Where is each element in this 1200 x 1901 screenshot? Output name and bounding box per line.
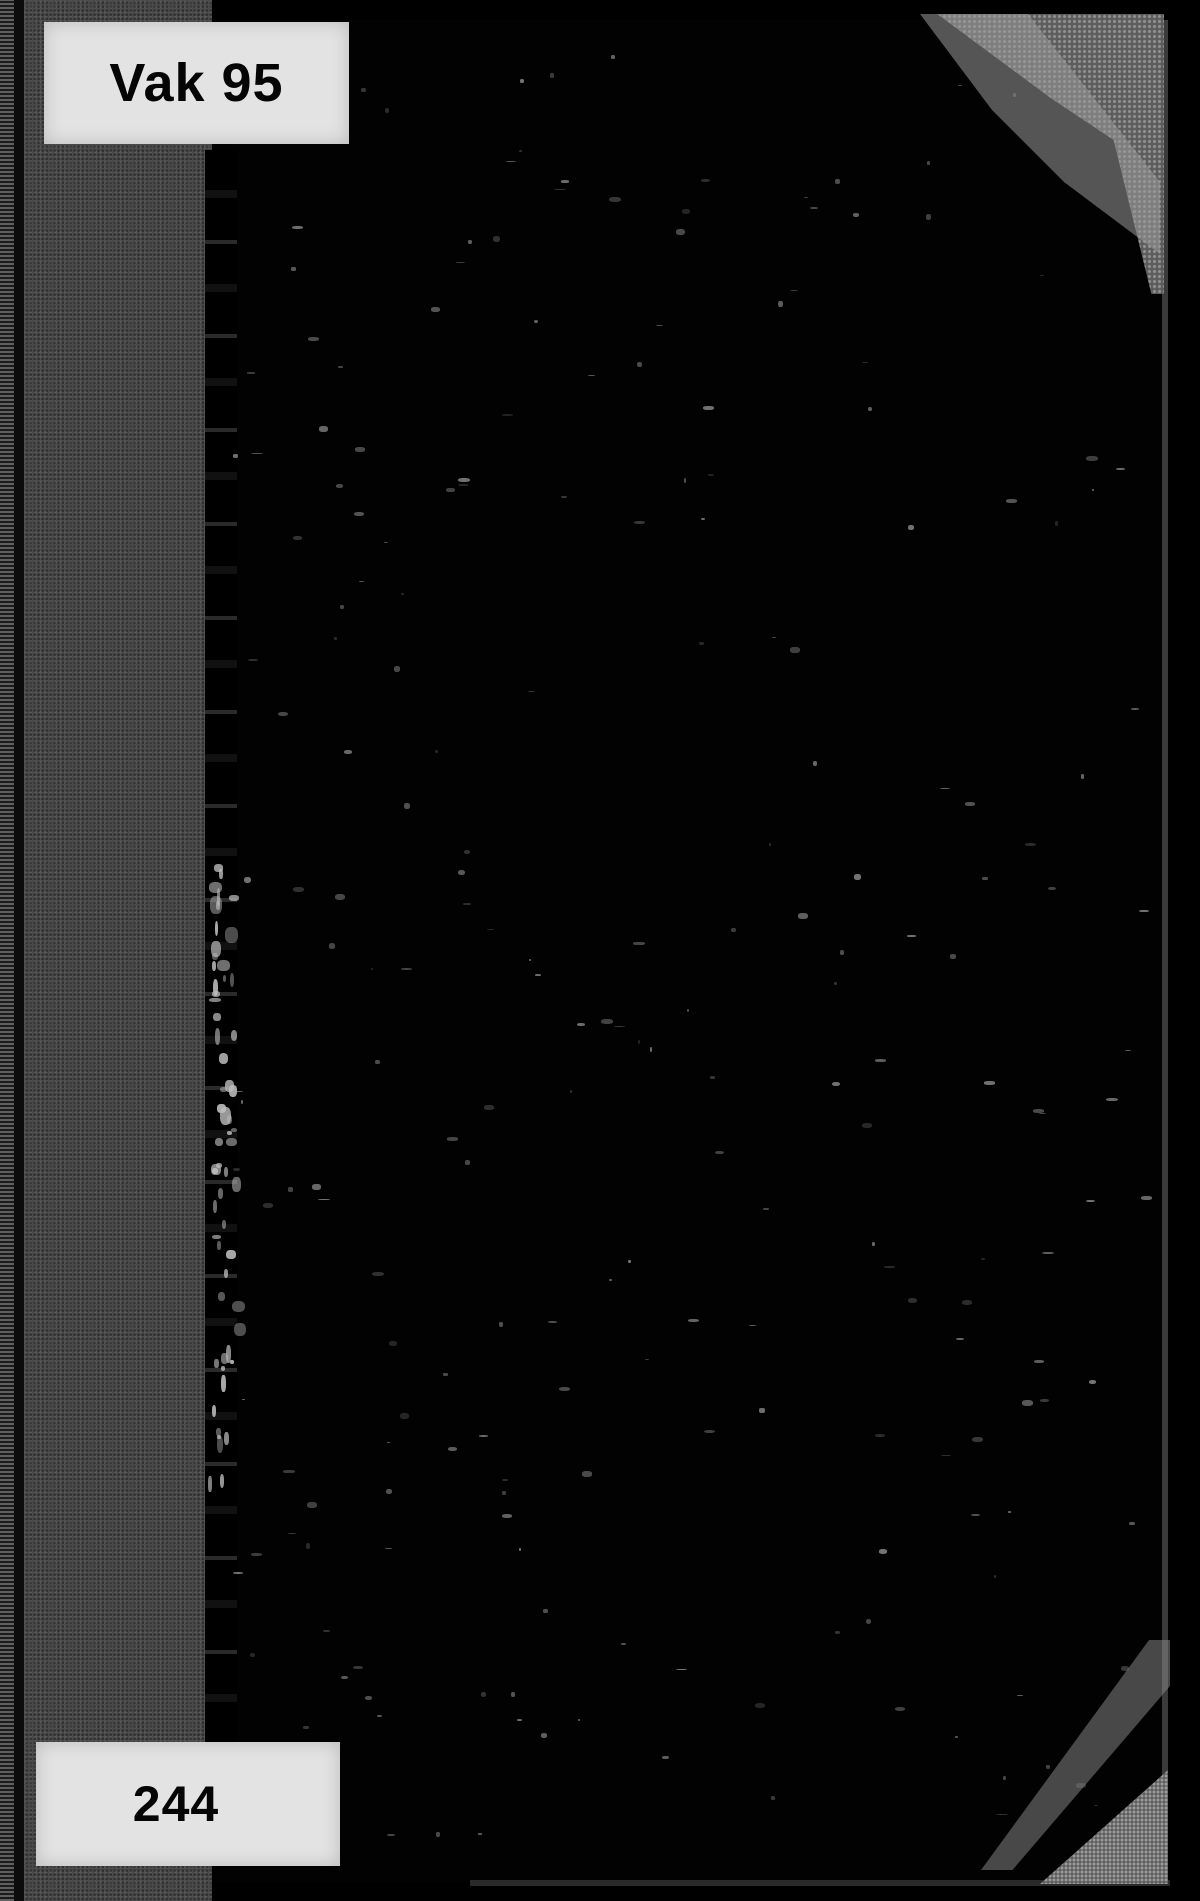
- shelf-label-top: Vak 95: [44, 22, 349, 144]
- marbling-speck: [778, 301, 783, 307]
- marbling-speck: [541, 1733, 548, 1738]
- marbling-speck: [355, 447, 365, 451]
- marbling-speck: [1081, 774, 1084, 779]
- spine-edge-wear: [226, 1250, 236, 1259]
- marbling-speck: [361, 88, 366, 92]
- marbling-speck: [582, 1471, 593, 1476]
- marbling-speck: [458, 478, 470, 482]
- marbling-speck: [699, 642, 704, 645]
- spine-edge-wear: [218, 1188, 224, 1199]
- spine-edge-wear: [217, 1435, 221, 1439]
- spine-edge-wear: [212, 961, 216, 971]
- marbling-speck: [354, 512, 364, 516]
- marbling-speck: [511, 1692, 515, 1697]
- marbling-speck: [879, 1549, 887, 1554]
- marbling-speck: [834, 982, 837, 985]
- marbling-speck: [308, 337, 319, 341]
- spine-edge-wear: [229, 895, 239, 901]
- marbling-speck: [749, 1325, 756, 1326]
- marbling-speck: [1055, 521, 1058, 526]
- marbling-speck: [688, 1319, 699, 1322]
- spine-edge-wear: [223, 975, 227, 982]
- marbling-speck: [601, 1019, 612, 1024]
- spine-edge-wear: [229, 1085, 237, 1097]
- marbling-speck: [703, 406, 714, 410]
- book-spine-cloth: [24, 0, 212, 1901]
- spine-edge-wear: [218, 1292, 225, 1301]
- marbling-speck: [984, 1081, 995, 1084]
- marbling-speck: [336, 484, 343, 488]
- marbling-speck: [312, 1184, 320, 1190]
- spine-edge-wear: [217, 1104, 226, 1113]
- marbling-speck: [400, 1413, 409, 1419]
- marbling-speck: [708, 474, 714, 475]
- marbling-speck: [884, 1266, 895, 1268]
- spine-edge-wear: [232, 1301, 245, 1313]
- spine-board-edge: [205, 150, 237, 1750]
- marbling-speck: [1121, 1666, 1129, 1671]
- marbling-speck: [554, 189, 565, 190]
- spine-edge-wear: [221, 1353, 228, 1363]
- marbling-speck: [1003, 1776, 1006, 1780]
- spine-edge-wear: [225, 927, 238, 943]
- marbling-speck: [283, 1470, 295, 1472]
- marbling-speck: [550, 73, 553, 78]
- marbling-speck: [971, 1514, 980, 1516]
- marbling-speck: [633, 942, 645, 945]
- marbling-speck: [1089, 1380, 1096, 1384]
- marbling-speck: [676, 229, 685, 235]
- marbling-speck: [982, 877, 988, 880]
- marbling-speck: [306, 1543, 309, 1549]
- marbling-speck: [404, 803, 410, 809]
- marbling-speck: [502, 414, 513, 416]
- marbling-speck: [519, 150, 522, 152]
- marbling-speck: [375, 1060, 379, 1064]
- marbling-speck: [1116, 468, 1124, 470]
- marbling-speck: [769, 843, 771, 846]
- marbling-speck: [771, 1796, 774, 1801]
- marbling-speck: [1006, 499, 1017, 503]
- marbling-speck: [1086, 456, 1098, 461]
- marbling-speck: [431, 307, 440, 312]
- marbling-speck: [1076, 1783, 1086, 1788]
- marbling-speck: [303, 1726, 309, 1729]
- marbling-speck: [293, 536, 302, 540]
- marbling-speck: [233, 1572, 244, 1574]
- marbling-speck: [233, 1168, 240, 1171]
- spine-edge-wear: [208, 1476, 211, 1491]
- marbling-speck: [365, 1696, 372, 1700]
- spine-edge-wear: [213, 1013, 220, 1021]
- marbling-speck: [502, 1479, 508, 1481]
- marbling-speck: [465, 1160, 470, 1165]
- marbling-speck: [701, 179, 711, 182]
- marbling-speck: [701, 518, 704, 520]
- spine-edge-wear: [224, 1269, 228, 1278]
- book-cover: Vak 95 244: [0, 0, 1200, 1901]
- marbling-speck: [965, 802, 976, 806]
- marbling-speck: [401, 593, 404, 594]
- marbling-speck: [835, 179, 840, 184]
- spine-edge-wear: [212, 1405, 216, 1417]
- marbling-speck: [548, 1321, 558, 1323]
- marbling-speck: [446, 488, 455, 492]
- marbling-speck: [288, 1187, 293, 1191]
- marbling-speck: [344, 750, 352, 754]
- marbling-speck: [464, 850, 470, 854]
- marbling-speck: [907, 935, 916, 937]
- spine-edge-wear: [217, 888, 221, 905]
- marbling-speck: [291, 267, 295, 270]
- marbling-speck: [244, 877, 251, 883]
- marbling-speck: [634, 521, 644, 524]
- marbling-speck: [1141, 1196, 1152, 1200]
- marbling-speck: [628, 1260, 631, 1263]
- marbling-speck: [981, 1258, 985, 1260]
- spine-edge-wear: [219, 1053, 229, 1064]
- marbling-speck: [875, 1434, 885, 1437]
- marbling-speck: [329, 943, 336, 948]
- marbling-speck: [638, 1040, 640, 1043]
- marbling-speck: [862, 1123, 872, 1128]
- spine-edge-wear: [215, 1028, 221, 1045]
- marbling-speck: [502, 1491, 506, 1495]
- marbling-speck: [319, 426, 328, 432]
- marbling-speck: [1033, 1109, 1045, 1112]
- marbling-speck: [759, 1408, 765, 1412]
- marbling-speck: [307, 1502, 317, 1508]
- marbling-speck: [1008, 1511, 1011, 1513]
- spine-edge-wear: [224, 1432, 229, 1445]
- marbling-speck: [334, 637, 337, 640]
- marbling-speck: [233, 454, 238, 458]
- marbling-speck: [763, 1208, 769, 1210]
- marbling-speck: [710, 1076, 715, 1078]
- marbling-speck: [447, 1137, 458, 1140]
- marbling-speck: [353, 1666, 363, 1670]
- marbling-speck: [1086, 1200, 1095, 1202]
- marbling-speck: [335, 894, 345, 900]
- marbling-speck: [561, 496, 567, 498]
- spine-edge-wear: [232, 1177, 241, 1192]
- marbling-speck: [502, 1514, 512, 1518]
- spine-edge-wear: [211, 1164, 221, 1175]
- shelf-label-top-text: Vak 95: [109, 52, 283, 114]
- marbling-speck: [854, 874, 861, 880]
- marbling-speck: [927, 161, 930, 164]
- marbling-speck: [251, 453, 263, 454]
- marbling-speck: [263, 1203, 273, 1208]
- marbling-speck: [394, 666, 400, 671]
- marbling-speck: [570, 1090, 572, 1093]
- marbling-speck: [996, 1814, 1007, 1815]
- marbling-speck: [1040, 1399, 1049, 1402]
- inventory-label-bottom: 244: [36, 1742, 340, 1866]
- marbling-speck: [436, 1832, 440, 1836]
- marbling-speck: [588, 375, 595, 376]
- marbling-speck: [835, 1631, 841, 1634]
- marbling-speck: [755, 1703, 765, 1708]
- marbling-speck: [926, 214, 931, 220]
- marbling-speck: [962, 1300, 972, 1305]
- spine-edge-wear: [234, 1323, 246, 1337]
- marbling-speck: [875, 1059, 886, 1062]
- spine-edge-wear: [211, 941, 221, 957]
- marbling-speck: [520, 79, 524, 83]
- inventory-label-bottom-text: 244: [133, 1775, 219, 1833]
- marbling-speck: [338, 366, 343, 368]
- marbling-speck: [578, 1719, 581, 1721]
- marbling-speck: [389, 1341, 397, 1346]
- spine-hinge-line: [14, 0, 24, 1901]
- marbled-board: [212, 20, 1167, 1882]
- spine-edge-wear: [217, 960, 230, 971]
- marbling-speck: [908, 525, 914, 529]
- marbling-speck: [908, 1298, 917, 1303]
- marbling-speck: [1039, 1113, 1046, 1114]
- spine-edge-wear: [227, 1131, 233, 1135]
- marbling-speck: [790, 647, 799, 653]
- marbling-speck: [561, 180, 569, 182]
- board-right-edge: [1162, 20, 1168, 1880]
- spine-edge-wear: [212, 991, 220, 997]
- spine-edge-wear: [226, 1138, 236, 1146]
- marbling-speck: [972, 1437, 983, 1442]
- spine-edge-wear: [215, 921, 219, 936]
- marbling-speck: [1034, 1360, 1043, 1363]
- marbling-speck: [956, 1338, 965, 1340]
- marbling-speck: [251, 1553, 262, 1556]
- marbling-speck: [1129, 1522, 1135, 1525]
- spine-edge-wear: [224, 1167, 228, 1177]
- marbling-speck: [840, 950, 844, 955]
- marbling-speck: [242, 1399, 245, 1401]
- marbling-speck: [443, 1373, 448, 1376]
- marbling-speck: [637, 362, 642, 368]
- marbling-speck: [479, 1435, 488, 1437]
- marbling-speck: [731, 928, 736, 932]
- marbling-speck: [559, 1387, 570, 1391]
- marbling-speck: [1139, 910, 1148, 912]
- marbling-speck: [609, 197, 620, 202]
- marbling-speck: [1048, 887, 1055, 891]
- marbling-speck: [577, 1023, 585, 1026]
- spine-edge-wear: [222, 1220, 226, 1229]
- spine-edge-wear: [221, 1375, 226, 1392]
- marbling-speck: [386, 1489, 392, 1494]
- marbling-speck: [293, 887, 304, 892]
- marbling-speck: [1022, 1400, 1034, 1406]
- marbling-speck: [401, 968, 412, 970]
- spine-edge-wear: [220, 1474, 225, 1488]
- spine-edge-wear: [214, 1359, 218, 1368]
- marbling-speck: [468, 240, 472, 244]
- marbling-speck: [684, 478, 686, 483]
- marbling-speck: [958, 85, 961, 86]
- marbling-speck: [798, 913, 808, 919]
- marbling-speck: [484, 1105, 494, 1110]
- marbling-speck: [772, 637, 776, 638]
- spine-edge-wear: [213, 1200, 217, 1213]
- marbling-speck: [950, 954, 956, 959]
- marbling-speck: [499, 1322, 503, 1327]
- marbling-speck: [682, 209, 690, 213]
- marbling-speck: [372, 1272, 384, 1276]
- spine-edge-wear: [214, 864, 223, 871]
- marbling-speck: [493, 236, 500, 242]
- marbling-speck: [611, 55, 614, 58]
